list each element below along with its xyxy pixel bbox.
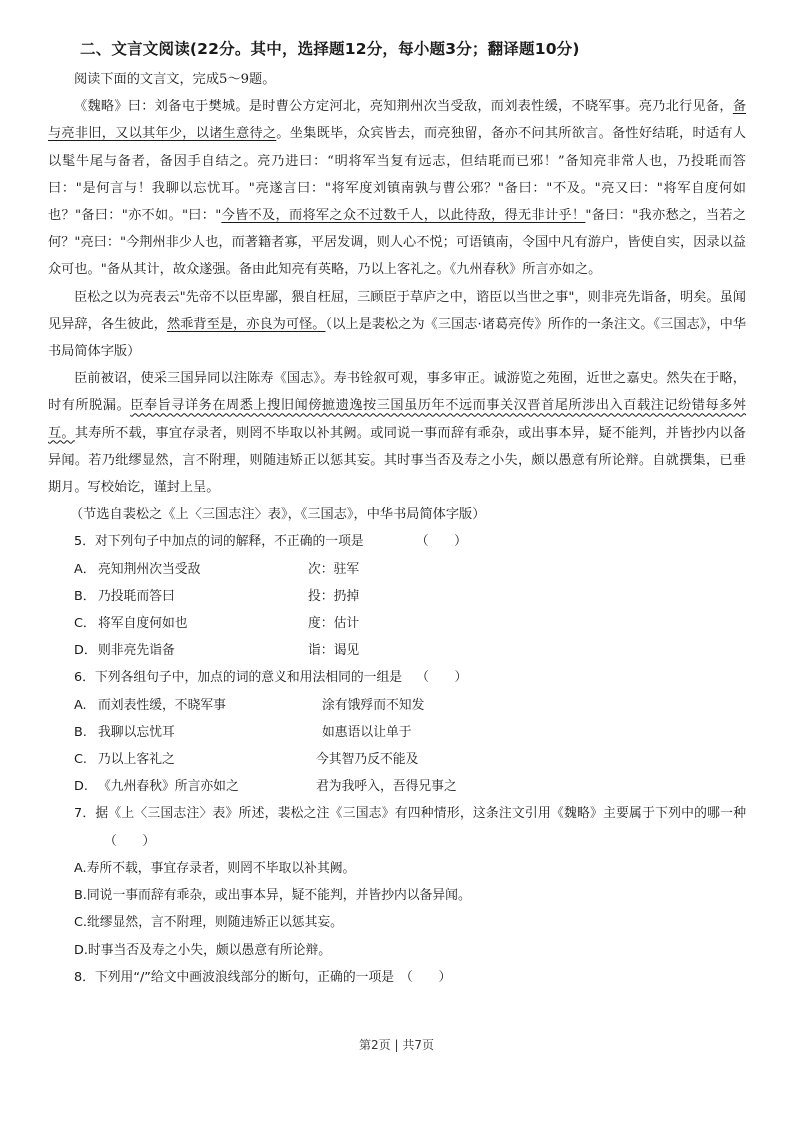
question-5: 5．对下列句子中加点的词的解释，不正确的一项是（ ） A．亮知荆州次当受敌次：驻… (48, 528, 746, 664)
instruction: 阅读下面的文言文，完成5～9题。 (48, 66, 746, 93)
question-6: 6．下列各组句子中，加点的词的意义和用法相同的一组是（ ） A.而刘表性缓，不晓… (48, 664, 746, 800)
option-c: C.纰缪显然，言不附理，则随违矫正以惩其妄。 (48, 909, 746, 936)
passage-pei-note: 臣松之以为亮表云"先帝不以臣卑鄙，猥自枉屈，三顾臣于草庐之中，谘臣以当世之事"，… (48, 284, 746, 366)
option-d: D．则非亮先诣备诣：谒见 (48, 637, 746, 664)
source-note: （节选自裴松之《上〈三国志注〉表》，《三国志》，中华书局简体字版） (48, 501, 746, 528)
option-a: A.而刘表性缓，不晓军事涂有饿殍而不知发 (48, 692, 746, 719)
option-d: D.时事当否及寿之小失，颇以愚意有所论辩。 (48, 937, 746, 964)
question-stem: 5．对下列句子中加点的词的解释，不正确的一项是 (74, 534, 364, 549)
answer-blank: （ ） (416, 528, 467, 555)
underlined-sentence-3: 然乖背至是，亦良为可怪。 (167, 317, 326, 332)
option-a: A．亮知荆州次当受敌次：驻军 (48, 556, 746, 583)
question-8: 8．下列用“/”给文中画波浪线部分的断句，正确的一项是（ ） (48, 964, 746, 991)
question-stem: 7．据《上〈三国志注〉表》所述，裴松之注《三国志》有四种情形，这条注文引用《魏略… (74, 806, 746, 821)
option-c: C.乃以上客礼之今其智乃反不能及 (48, 746, 746, 773)
option-a: A.寿所不载，事宜存录者，则罔不毕取以补其阙。 (48, 855, 746, 882)
question-7: 7．据《上〈三国志注〉表》所述，裴松之注《三国志》有四种情形，这条注文引用《魏略… (48, 800, 746, 963)
option-b: B．乃投毦而答曰投：扔掉 (48, 583, 746, 610)
document-page: 二、文言文阅读(22分。其中，选择题12分，每小题3分；翻译题10分) 阅读下面… (48, 38, 746, 991)
answer-blank: （ ） (400, 964, 451, 991)
passage-memorial: 臣前被诏，使采三国异同以注陈寿《国志》。寿书铨叙可观，事多审正。诚游览之苑囿，近… (48, 365, 746, 501)
section-heading: 二、文言文阅读(22分。其中，选择题12分，每小题3分；翻译题10分) (80, 38, 746, 60)
answer-blank: （ ） (78, 828, 155, 855)
page-footer: 第2页 | 共7页 (0, 1036, 793, 1053)
option-c: C．将军自度何如也度：估计 (48, 610, 746, 637)
option-b: B.我聊以忘忧耳如惠语以让单于 (48, 719, 746, 746)
answer-blank: （ ） (416, 664, 467, 691)
underlined-sentence-2: 今皆不及，而将军之众不过数千人，以此待敌，得无非计乎！ (221, 208, 585, 223)
question-stem: 8．下列用“/”给文中画波浪线部分的断句，正确的一项是 (74, 970, 394, 985)
question-stem: 6．下列各组句子中，加点的词的意义和用法相同的一组是 (74, 670, 402, 685)
option-b: B.同说一事而辞有乖杂，或出事本异，疑不能判，并皆抄内以备异闻。 (48, 882, 746, 909)
passage-weilue: 《魏略》曰：刘备屯于樊城。是时曹公方定河北，亮知荆州次当受敌，而刘表性缓，不晓军… (48, 93, 746, 283)
option-d: D.《九州春秋》所言亦如之君为我呼入，吾得兄事之 (48, 773, 746, 800)
